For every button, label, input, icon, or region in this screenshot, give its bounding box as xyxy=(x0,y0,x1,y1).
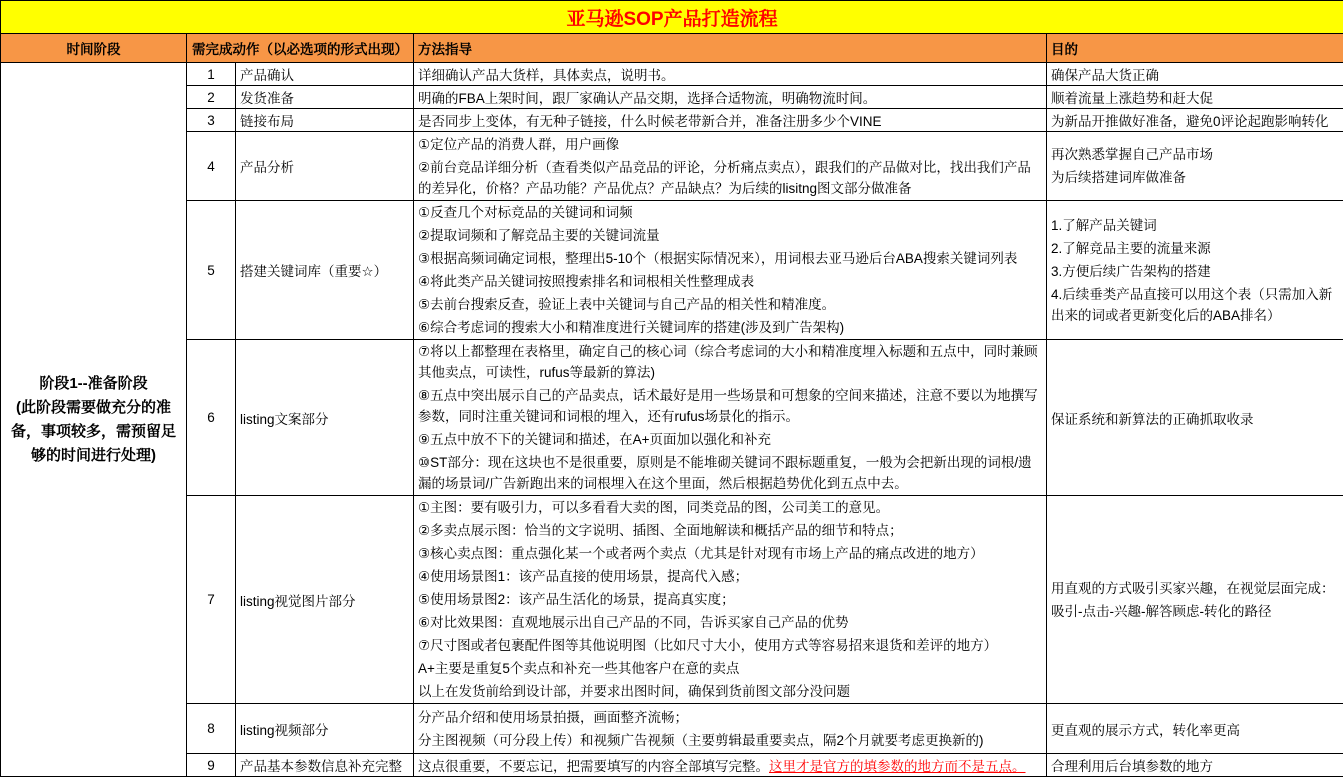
method-line: ①定位产品的消费人群，用户画像 xyxy=(418,133,1042,156)
row-number-cell: 1 xyxy=(187,63,236,86)
header-cell-purpose: 目的 xyxy=(1047,34,1343,63)
action-cell: 产品基本参数信息补充完整 xyxy=(236,754,414,777)
action-cell: 发货准备 xyxy=(236,86,414,109)
row-number-cell: 3 xyxy=(187,109,236,132)
purpose-cell: 更直观的展示方式，转化率更高 xyxy=(1047,704,1343,754)
table-row: 9 产品基本参数信息补充完整 这点很重要，不要忘记，把需要填写的内容全部填写完整… xyxy=(1,754,1343,777)
method-line: ②提取词频和了解竞品主要的关键词流量 xyxy=(418,224,1042,247)
method-cell: ⑦将以上都整理在表格里，确定自己的核心词（综合考虑词的大小和精准度埋入标题和五点… xyxy=(414,340,1047,496)
header-cell-method: 方法指导 xyxy=(414,34,1047,63)
action-cell: listing视频部分 xyxy=(236,704,414,754)
method-line: A+主要是重复5个卖点和补充一些其他客户在意的卖点 xyxy=(418,657,1042,680)
action-cell: 链接布局 xyxy=(236,109,414,132)
header-row: 时间阶段 需完成动作（以必选项的形式出现） 方法指导 目的 xyxy=(1,34,1343,63)
method-line: ⑩ST部分：现在这块也不是很重要，原则是不能堆砌关键词不跟标题重复，一般为会把新… xyxy=(418,451,1042,495)
row-number-cell: 5 xyxy=(187,201,236,340)
purpose-cell: 顺着流量上涨趋势和赶大促 xyxy=(1047,86,1343,109)
header-cell-stage: 时间阶段 xyxy=(1,34,187,63)
method-line: ④使用场景图1：该产品直接的使用场景，提高代入感； xyxy=(418,565,1042,588)
method-lines: ⑦将以上都整理在表格里，确定自己的核心词（综合考虑词的大小和精准度埋入标题和五点… xyxy=(418,340,1042,495)
title-row: 亚马逊SOP产品打造流程 xyxy=(1,1,1343,34)
purpose-cell: 再次熟悉掌握自己产品市场 为后续搭建词库做准备 xyxy=(1047,132,1343,201)
purpose-cell: 1.了解产品关键词 2.了解竞品主要的流量来源 3.方便后续广告架构的搭建 4.… xyxy=(1047,201,1343,340)
method-lines: ①定位产品的消费人群，用户画像 ②前台竞品详细分析（查看类似产品竞品的评论，分析… xyxy=(418,133,1042,200)
purpose-line: 3.方便后续广告架构的搭建 xyxy=(1051,260,1339,283)
row-number-cell: 6 xyxy=(187,340,236,496)
page-title: 亚马逊SOP产品打造流程 xyxy=(1,1,1343,34)
method-cell: ①定位产品的消费人群，用户画像 ②前台竞品详细分析（查看类似产品竞品的评论，分析… xyxy=(414,132,1047,201)
method-line: ⑤去前台搜索反查，验证上表中关键词与自己产品的相关性和精准度。 xyxy=(418,293,1042,316)
row-number-cell: 7 xyxy=(187,496,236,704)
row-number-cell: 4 xyxy=(187,132,236,201)
method-line: ④将此类产品关键词按照搜索排名和词根相关性整理成表 xyxy=(418,270,1042,293)
table-row: 6 listing文案部分 ⑦将以上都整理在表格里，确定自己的核心词（综合考虑词… xyxy=(1,340,1343,496)
method-line: ⑥对比效果图：直观地展示出自己产品的不同，告诉买家自己产品的优势 xyxy=(418,611,1042,634)
method-line: ⑤使用场景图2：该产品生活化的场景，提高真实度； xyxy=(418,588,1042,611)
purpose-line: 吸引-点击-兴趣-解答顾虑-转化的路径 xyxy=(1051,600,1339,623)
method-cell: ①主图：要有吸引力，可以多看看大卖的图，同类竞品的图，公司美工的意见。 ②多卖点… xyxy=(414,496,1047,704)
method-lines: 分产品介绍和使用场景拍摄，画面整齐流畅； 分主图视频（可分段上传）和视频广告视频… xyxy=(418,706,1042,752)
method-line: ⑨五点中放不下的关键词和描述，在A+页面加以强化和补充 xyxy=(418,428,1042,451)
purpose-lines: 用直观的方式吸引买家兴趣，在视觉层面完成： 吸引-点击-兴趣-解答顾虑-转化的路… xyxy=(1051,577,1339,623)
method-line: ⑦将以上都整理在表格里，确定自己的核心词（综合考虑词的大小和精准度埋入标题和五点… xyxy=(418,340,1042,384)
action-cell: 搭建关键词库（重要☆） xyxy=(236,201,414,340)
method-cell: 分产品介绍和使用场景拍摄，画面整齐流畅； 分主图视频（可分段上传）和视频广告视频… xyxy=(414,704,1047,754)
action-cell: listing视觉图片部分 xyxy=(236,496,414,704)
row-number-cell: 8 xyxy=(187,704,236,754)
purpose-lines: 1.了解产品关键词 2.了解竞品主要的流量来源 3.方便后续广告架构的搭建 4.… xyxy=(1051,214,1339,327)
stage-name: 阶段1--准备阶段 xyxy=(5,372,182,396)
purpose-cell: 为新品开推做好准备，避免0评论起跑影响转化 xyxy=(1047,109,1343,132)
method-lines: ①主图：要有吸引力，可以多看看大卖的图，同类竞品的图，公司美工的意见。 ②多卖点… xyxy=(418,496,1042,703)
table-row: 2 发货准备 明确的FBA上架时间，跟厂家确认产品交期，选择合适物流，明确物流时… xyxy=(1,86,1343,109)
table-row: 3 链接布局 是否同步上变体，有无种子链接，什么时候老带新合并，准备注册多少个V… xyxy=(1,109,1343,132)
table-row: 4 产品分析 ①定位产品的消费人群，用户画像 ②前台竞品详细分析（查看类似产品竞… xyxy=(1,132,1343,201)
sop-table: 亚马逊SOP产品打造流程 时间阶段 需完成动作（以必选项的形式出现） 方法指导 … xyxy=(0,0,1343,777)
table-row: 7 listing视觉图片部分 ①主图：要有吸引力，可以多看看大卖的图，同类竞品… xyxy=(1,496,1343,704)
purpose-line: 2.了解竞品主要的流量来源 xyxy=(1051,237,1339,260)
action-cell: 产品分析 xyxy=(236,132,414,201)
purpose-cell: 用直观的方式吸引买家兴趣，在视觉层面完成： 吸引-点击-兴趣-解答顾虑-转化的路… xyxy=(1047,496,1343,704)
method-cell: 详细确认产品大货样，具体卖点，说明书。 xyxy=(414,63,1047,86)
method-line: ①主图：要有吸引力，可以多看看大卖的图，同类竞品的图，公司美工的意见。 xyxy=(418,496,1042,519)
purpose-line: 4.后续垂类产品直接可以用这个表（只需加入新出来的词或者更新变化后的ABA排名） xyxy=(1051,283,1339,327)
method-line: ②多卖点展示图：恰当的文字说明、插图、全面地解读和概括产品的细节和特点； xyxy=(418,519,1042,542)
method-lines: ①反查几个对标竞品的关键词和词频 ②提取词频和了解竞品主要的关键词流量 ③根据高… xyxy=(418,201,1042,339)
method-text-plain: 这点很重要，不要忘记，把需要填写的内容全部填写完整。 xyxy=(418,759,769,774)
table-row: 阶段1--准备阶段 (此阶段需要做充分的准备，事项较多，需预留足够的时间进行处理… xyxy=(1,63,1343,86)
purpose-lines: 再次熟悉掌握自己产品市场 为后续搭建词库做准备 xyxy=(1051,143,1339,189)
stage-cell: 阶段1--准备阶段 (此阶段需要做充分的准备，事项较多，需预留足够的时间进行处理… xyxy=(1,63,187,777)
purpose-line: 再次熟悉掌握自己产品市场 xyxy=(1051,143,1339,166)
purpose-cell: 合理利用后台填参数的地方 xyxy=(1047,754,1343,777)
purpose-line: 为后续搭建词库做准备 xyxy=(1051,166,1339,189)
method-cell: ①反查几个对标竞品的关键词和词频 ②提取词频和了解竞品主要的关键词流量 ③根据高… xyxy=(414,201,1047,340)
method-line: ⑧五点中突出展示自己的产品卖点，话术最好是用一些场景和可想象的空间来描述，注意不… xyxy=(418,384,1042,428)
method-cell: 这点很重要，不要忘记，把需要填写的内容全部填写完整。这里才是官方的填参数的地方而… xyxy=(414,754,1047,777)
purpose-line: 1.了解产品关键词 xyxy=(1051,214,1339,237)
method-line: 分产品介绍和使用场景拍摄，画面整齐流畅； xyxy=(418,706,1042,729)
method-line: ①反查几个对标竞品的关键词和词频 xyxy=(418,201,1042,224)
method-line: ⑦尺寸图或者包裹配件图等其他说明图（比如尺寸大小，使用方式等容易招来退货和差评的… xyxy=(418,634,1042,657)
method-cell: 明确的FBA上架时间，跟厂家确认产品交期，选择合适物流，明确物流时间。 xyxy=(414,86,1047,109)
method-line: ②前台竞品详细分析（查看类似产品竞品的评论，分析痛点卖点），跟我们的产品做对比，… xyxy=(418,156,1042,200)
row-number-cell: 2 xyxy=(187,86,236,109)
method-line: ⑥综合考虑词的搜索大小和精准度进行关键词库的搭建(涉及到广告架构) xyxy=(418,316,1042,339)
table-row: 8 listing视频部分 分产品介绍和使用场景拍摄，画面整齐流畅； 分主图视频… xyxy=(1,704,1343,754)
header-cell-action: 需完成动作（以必选项的形式出现） xyxy=(187,34,414,63)
method-line: ③核心卖点图：重点强化某一个或者两个卖点（尤其是针对现有市场上产品的痛点改进的地… xyxy=(418,542,1042,565)
method-line: 以上在发货前给到设计部，并要求出图时间，确保到货前图文部分没问题 xyxy=(418,680,1042,703)
row-number-cell: 9 xyxy=(187,754,236,777)
method-line: ③根据高频词确定词根，整理出5-10个（根据实际情况来），用词根去亚马逊后台AB… xyxy=(418,247,1042,270)
purpose-cell: 保证系统和新算法的正确抓取收录 xyxy=(1047,340,1343,496)
stage-note: (此阶段需要做充分的准备，事项较多，需预留足够的时间进行处理) xyxy=(5,396,182,468)
method-cell: 是否同步上变体，有无种子链接，什么时候老带新合并，准备注册多少个VINE xyxy=(414,109,1047,132)
table-row: 5 搭建关键词库（重要☆） ①反查几个对标竞品的关键词和词频 ②提取词频和了解竞… xyxy=(1,201,1343,340)
method-line: 分主图视频（可分段上传）和视频广告视频（主要剪辑最重要卖点，隔2个月就要考虑更换… xyxy=(418,729,1042,752)
purpose-line: 用直观的方式吸引买家兴趣，在视觉层面完成： xyxy=(1051,577,1339,600)
purpose-cell: 确保产品大货正确 xyxy=(1047,63,1343,86)
action-cell: listing文案部分 xyxy=(236,340,414,496)
action-cell: 产品确认 xyxy=(236,63,414,86)
sop-spreadsheet: 亚马逊SOP产品打造流程 时间阶段 需完成动作（以必选项的形式出现） 方法指导 … xyxy=(0,0,1343,777)
method-text-highlight: 这里才是官方的填参数的地方而不是五点。 xyxy=(769,759,1026,774)
